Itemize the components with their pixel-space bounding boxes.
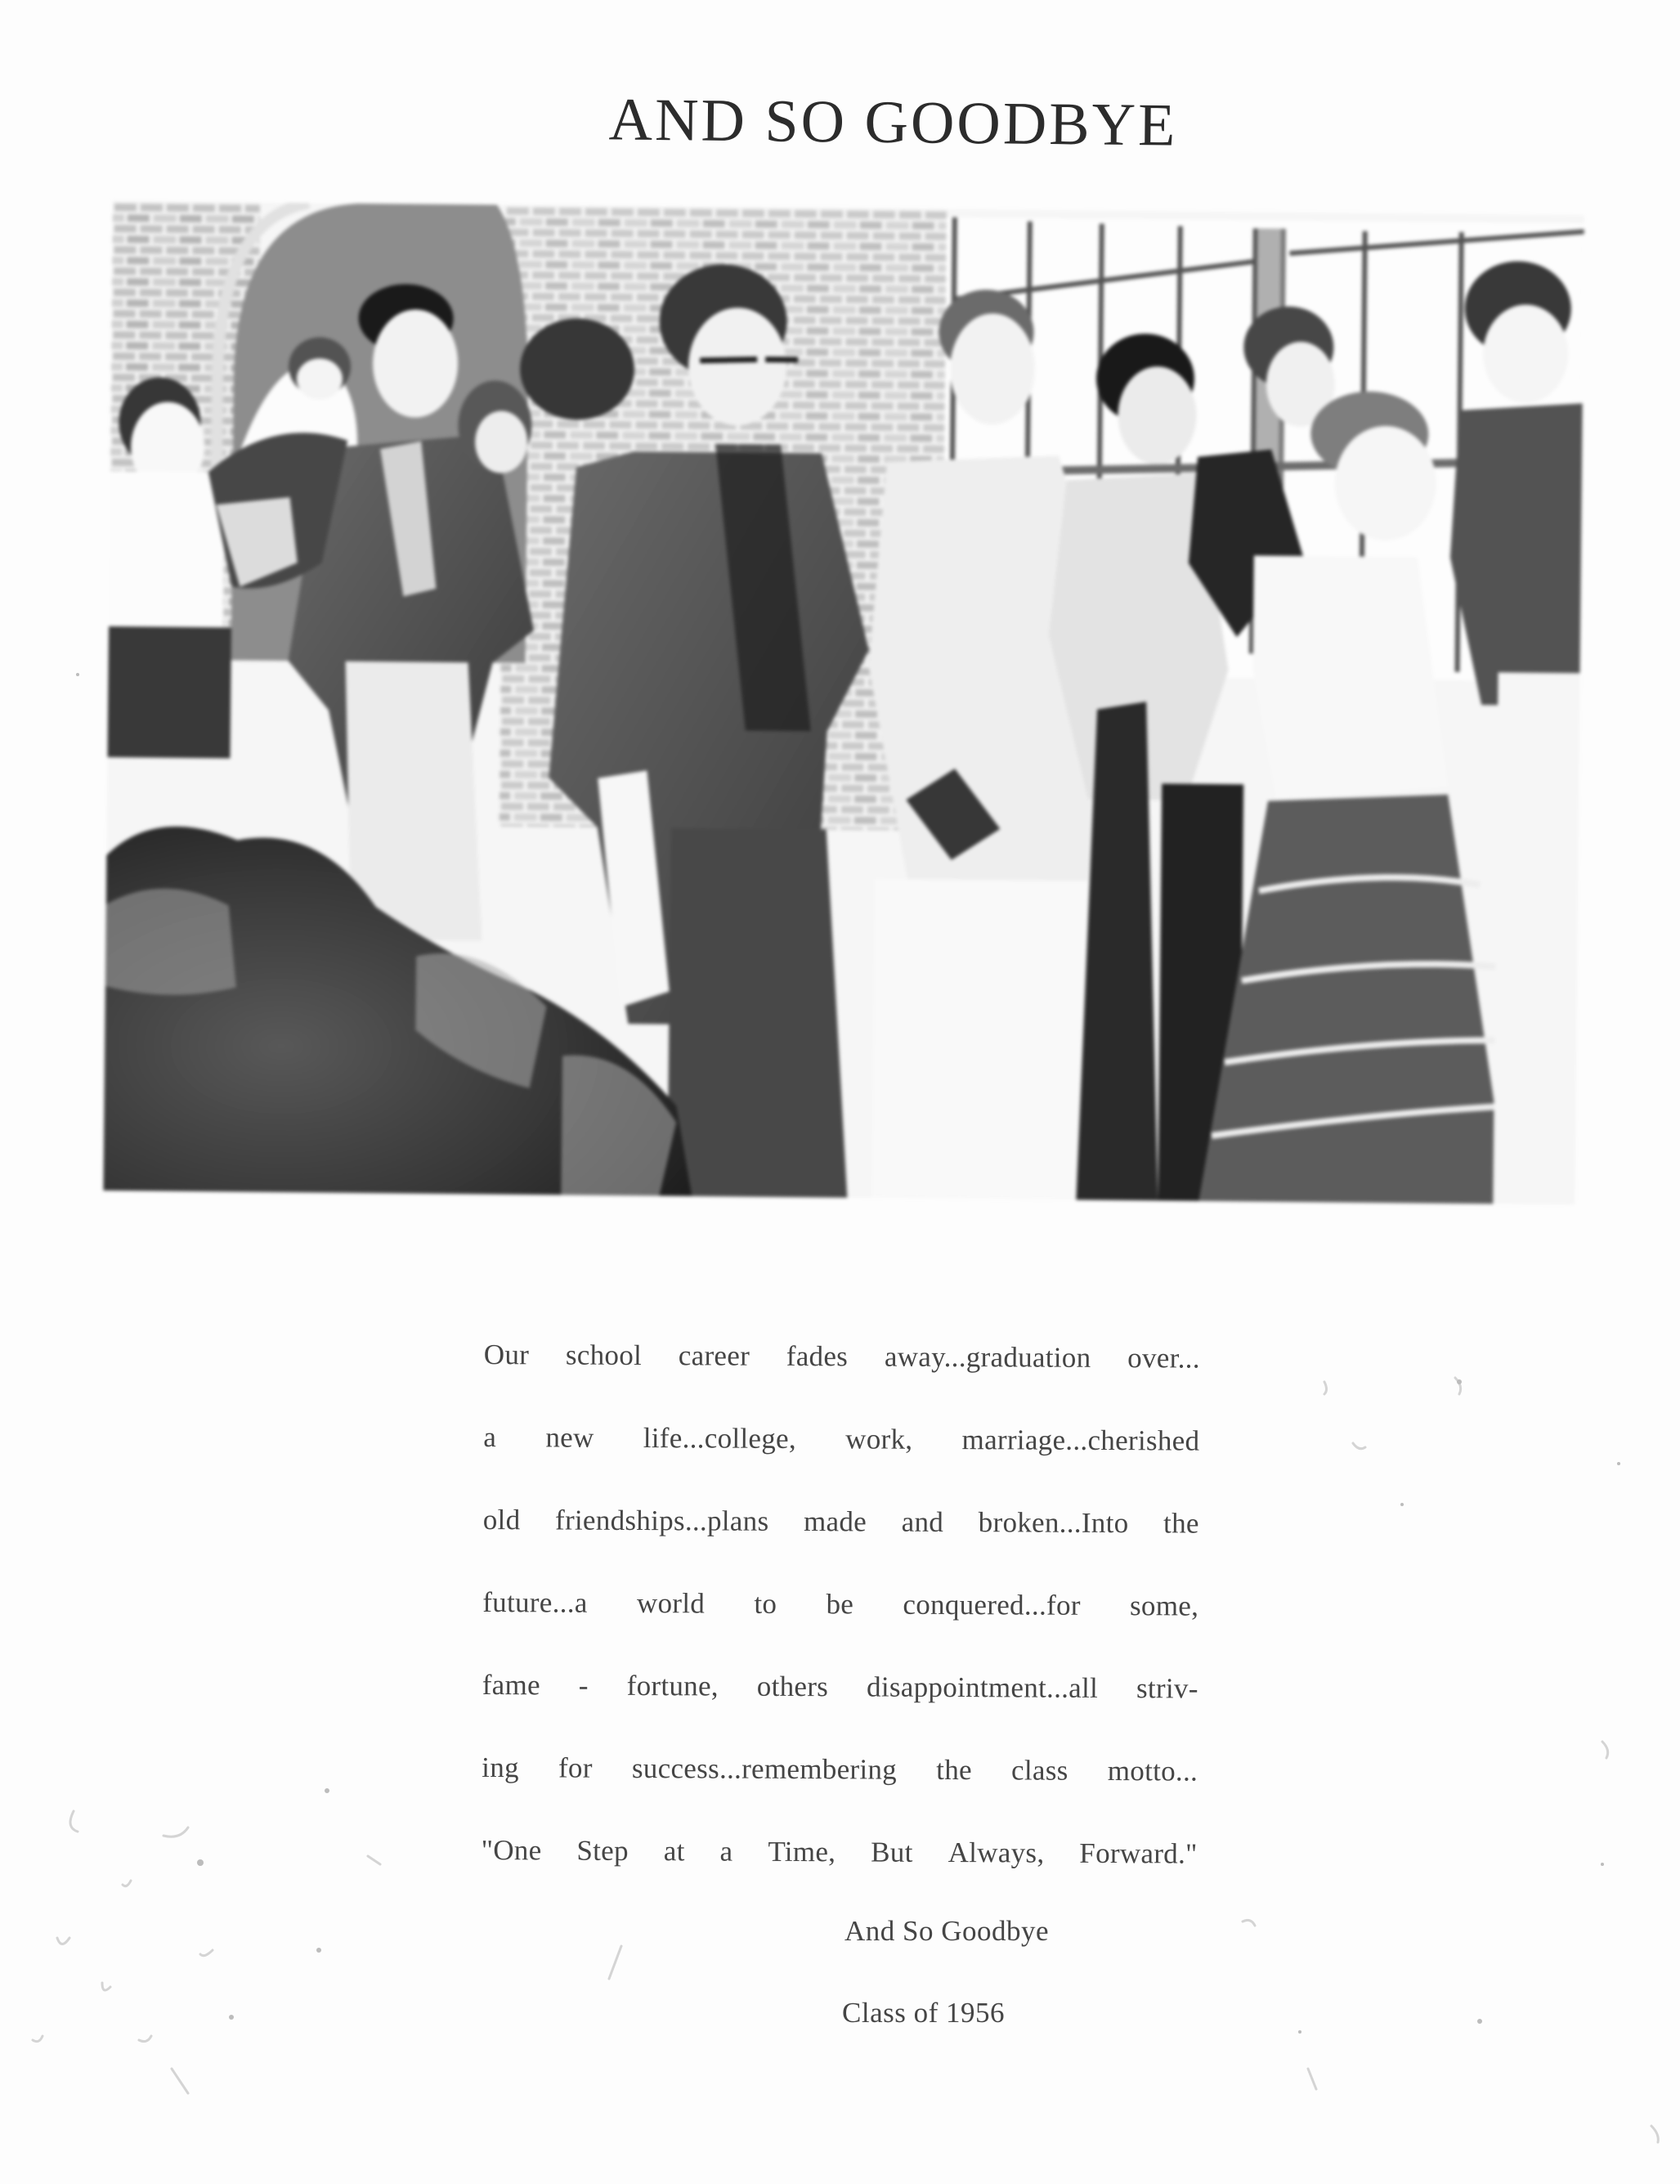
paragraph-line: future...aworldtobeconquered...forsome, (482, 1582, 1199, 1669)
page-title: AND SO GOODBYE (0, 79, 1680, 168)
class-photo (103, 201, 1584, 1204)
paragraph-line: ingforsuccess...rememberingtheclassmotto… (482, 1747, 1198, 1834)
paragraph-line: fame-fortune,othersdisappointment...alls… (482, 1665, 1198, 1751)
farewell-paragraph: Ourschoolcareerfadesaway...graduationove… (481, 1334, 1200, 1917)
photo-illustration (103, 201, 1584, 1204)
signature-farewell: And So Goodbye (844, 1915, 1049, 1948)
signature-class-year: Class of 1956 (842, 1997, 1005, 2029)
paragraph-line: Ourschoolcareerfadesaway...graduationove… (483, 1334, 1200, 1421)
paragraph-line: anewlife...college,work,marriage...cheri… (483, 1417, 1200, 1504)
paragraph-line: oldfriendships...plansmadeandbroken...In… (482, 1500, 1199, 1586)
class-motto-line: "OneStepataTime,ButAlways,Forward." (481, 1830, 1198, 1917)
